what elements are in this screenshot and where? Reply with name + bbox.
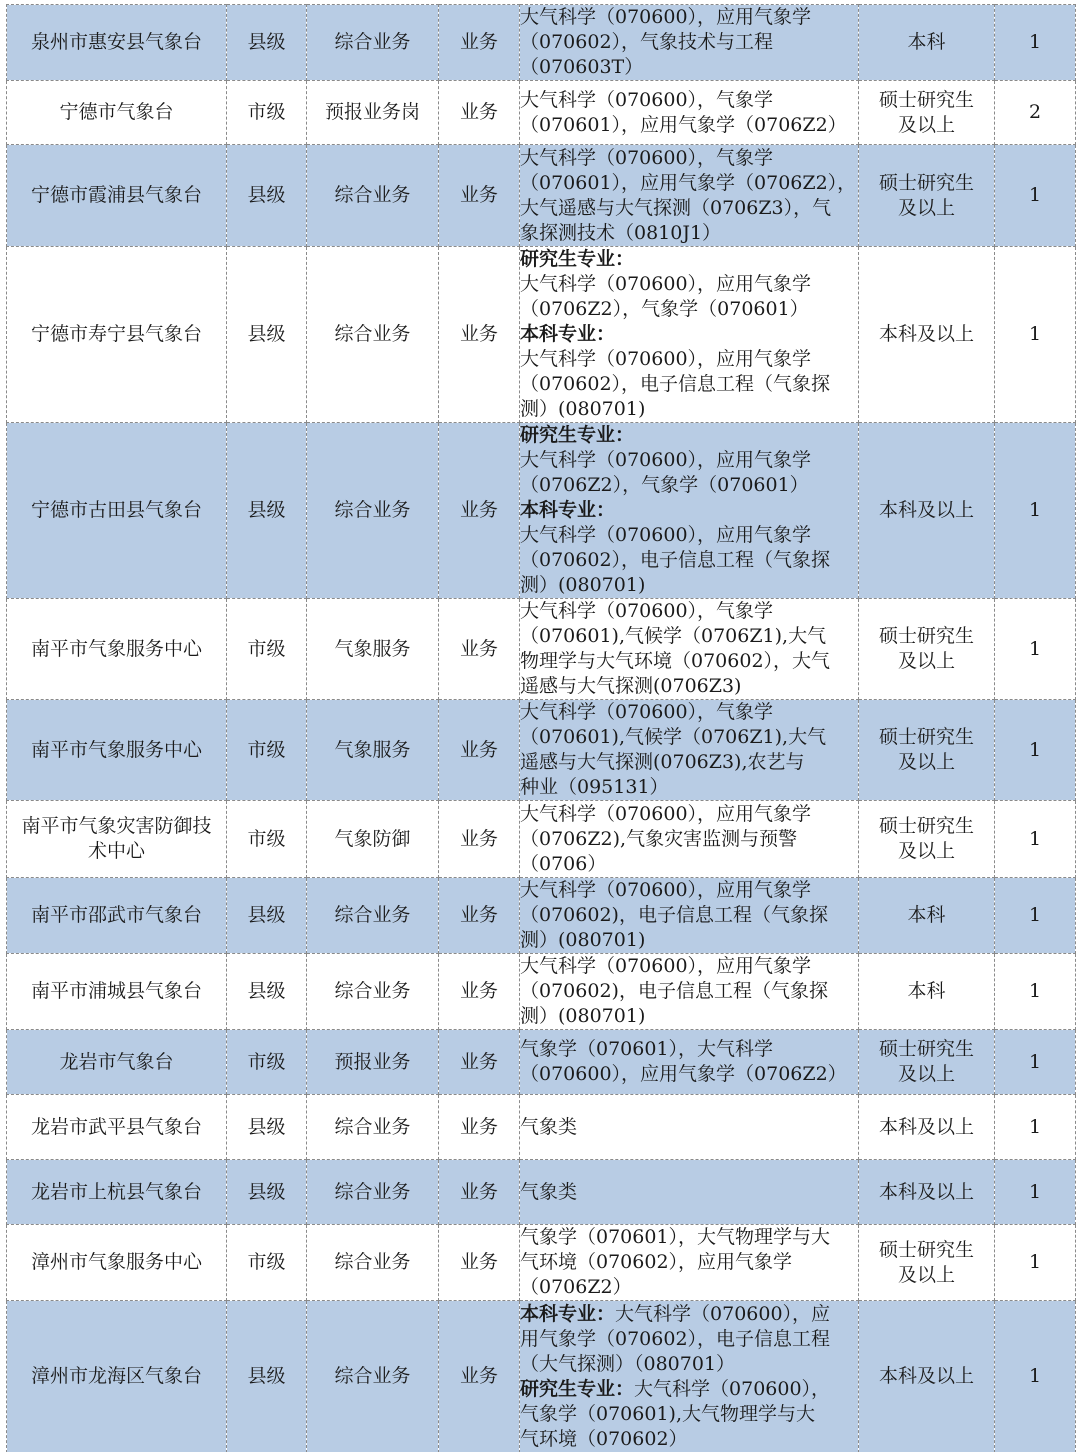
major-line: （0706Z2），气象学（070601） xyxy=(520,297,858,322)
level-cell: 市级 xyxy=(227,599,307,700)
major-line: 大气科学（070600），气象学 xyxy=(520,146,858,171)
major-line: 大气科学（070600），应用气象学 xyxy=(520,802,858,827)
type-cell: 业务 xyxy=(439,954,520,1030)
post-cell: 综合业务 xyxy=(307,247,439,423)
major-text: 测）(080701) xyxy=(520,929,645,951)
major-line: （070601），应用气象学（0706Z2） xyxy=(520,113,858,138)
major-line: 气环境（070602） xyxy=(520,1427,858,1452)
major-line: 测）(080701) xyxy=(520,1004,858,1029)
type-cell: 业务 xyxy=(439,145,520,247)
count-cell: 1 xyxy=(995,423,1076,599)
unit-cell: 龙岩市武平县气象台 xyxy=(7,1095,227,1160)
level-cell: 县级 xyxy=(227,423,307,599)
education-cell: 本科 xyxy=(859,878,995,954)
major-text: （070603T） xyxy=(520,56,643,78)
unit-cell: 漳州市龙海区气象台 xyxy=(7,1301,227,1452)
post-cell: 综合业务 xyxy=(307,1301,439,1452)
level-cell: 市级 xyxy=(227,1225,307,1301)
table-body: 泉州市惠安县气象台县级综合业务业务大气科学（070600），应用气象学（0706… xyxy=(7,5,1076,1452)
major-line: （0706Z2），气象学（070601） xyxy=(520,473,858,498)
major-line: （070601),气候学（0706Z1),大气 xyxy=(520,624,858,649)
major-text: （070601），应用气象学（0706Z2）， xyxy=(520,172,856,194)
major-text: 大气科学（070600），气象学 xyxy=(520,701,773,723)
education-cell: 硕士研究生及以上 xyxy=(859,145,995,247)
major-line: （大气探测）（080701） xyxy=(520,1352,858,1377)
major-line: 气象学（070601），大气物理学与大 xyxy=(520,1225,858,1250)
major-cell: 大气科学（070600），应用气象学（070602)，电子信息工程（气象探测）(… xyxy=(520,954,859,1030)
major-line: 气象类 xyxy=(520,1115,858,1140)
major-line: （070602），电子信息工程（气象探 xyxy=(520,372,858,397)
type-cell: 业务 xyxy=(439,5,520,81)
major-text: 气象类 xyxy=(520,1116,577,1138)
major-cell: 本科专业：大气科学（070600），应用气象学（070602），电子信息工程（大… xyxy=(520,1301,859,1452)
table-row: 龙岩市武平县气象台县级综合业务业务气象类本科及以上1 xyxy=(7,1095,1076,1160)
education-cell: 本科及以上 xyxy=(859,247,995,423)
type-cell: 业务 xyxy=(439,1030,520,1095)
post-cell: 综合业务 xyxy=(307,954,439,1030)
major-line: 测）(080701) xyxy=(520,573,858,598)
count-cell: 1 xyxy=(995,1225,1076,1301)
post-cell: 综合业务 xyxy=(307,1095,439,1160)
type-cell: 业务 xyxy=(439,1301,520,1452)
major-line: （0706） xyxy=(520,852,858,877)
level-cell: 县级 xyxy=(227,247,307,423)
major-line: 物理学与大气环境（070602），大气 xyxy=(520,649,858,674)
major-cell: 大气科学（070600），气象学（070601),气候学（0706Z1),大气遥… xyxy=(520,700,859,801)
major-line: 测）(080701) xyxy=(520,928,858,953)
unit-cell: 南平市浦城县气象台 xyxy=(7,954,227,1030)
major-line: （0706Z2） xyxy=(520,1275,858,1300)
unit-cell: 南平市气象服务中心 xyxy=(7,599,227,700)
post-cell: 综合业务 xyxy=(307,145,439,247)
major-line: （070602），气象技术与工程 xyxy=(520,30,858,55)
unit-cell: 南平市邵武市气象台 xyxy=(7,878,227,954)
major-text: 测）(080701) xyxy=(520,1005,645,1027)
major-cell: 大气科学（070600），气象学（070601),气候学（0706Z1),大气物… xyxy=(520,599,859,700)
count-cell: 1 xyxy=(995,1301,1076,1452)
major-text: 气象学（070601），大气物理学与大 xyxy=(520,1226,830,1248)
major-text: （0706Z2） xyxy=(520,1276,632,1298)
major-text: 测）(080701) xyxy=(520,398,645,420)
major-line: 大气遥感与大气探测（0706Z3），气 xyxy=(520,196,858,221)
major-line: （070601），应用气象学（0706Z2）， xyxy=(520,171,858,196)
count-cell: 1 xyxy=(995,247,1076,423)
post-cell: 综合业务 xyxy=(307,1225,439,1301)
level-cell: 市级 xyxy=(227,801,307,878)
major-text: （070601),气候学（0706Z1),大气 xyxy=(520,726,826,748)
major-line: （070602），电子信息工程（气象探 xyxy=(520,548,858,573)
major-text: （070602），气象技术与工程 xyxy=(520,31,773,53)
post-cell: 预报业务 xyxy=(307,1030,439,1095)
type-cell: 业务 xyxy=(439,1225,520,1301)
count-cell: 2 xyxy=(995,81,1076,145)
unit-cell: 泉州市惠安县气象台 xyxy=(7,5,227,81)
major-line: 遥感与大气探测(0706Z3),农艺与 xyxy=(520,750,858,775)
table-row: 南平市气象灾害防御技术中心市级气象防御业务大气科学（070600），应用气象学（… xyxy=(7,801,1076,878)
major-heading: 研究生专业： xyxy=(520,1378,634,1400)
level-cell: 县级 xyxy=(227,878,307,954)
major-cell: 大气科学（070600），应用气象学（0706Z2),气象灾害监测与预警（070… xyxy=(520,801,859,878)
major-text: 大气科学（070600），气象学 xyxy=(520,600,773,622)
unit-cell: 宁德市霞浦县气象台 xyxy=(7,145,227,247)
major-text: 大气科学（070600），气象学 xyxy=(520,147,773,169)
count-cell: 1 xyxy=(995,5,1076,81)
level-cell: 县级 xyxy=(227,5,307,81)
unit-cell: 南平市气象服务中心 xyxy=(7,700,227,801)
major-text: 大气遥感与大气探测（0706Z3），气 xyxy=(520,197,831,219)
post-cell: 综合业务 xyxy=(307,1160,439,1225)
major-text: 大气科学（070600），应 xyxy=(615,1303,830,1325)
type-cell: 业务 xyxy=(439,247,520,423)
table-row: 宁德市古田县气象台县级综合业务业务研究生专业：大气科学（070600），应用气象… xyxy=(7,423,1076,599)
major-text: 用气象学（070602），电子信息工程 xyxy=(520,1328,830,1350)
major-text: （0706Z2），气象学（070601） xyxy=(520,474,809,496)
level-cell: 县级 xyxy=(227,954,307,1030)
education-cell: 硕士研究生及以上 xyxy=(859,599,995,700)
table-row: 南平市气象服务中心市级气象服务业务大气科学（070600），气象学（070601… xyxy=(7,599,1076,700)
major-text: 大气科学（070600），应用气象学 xyxy=(520,803,811,825)
major-line: 测）(080701) xyxy=(520,397,858,422)
major-text: 大气科学（070600），应用气象学 xyxy=(520,348,811,370)
type-cell: 业务 xyxy=(439,878,520,954)
major-text: （070601),气候学（0706Z1),大气 xyxy=(520,625,826,647)
major-line: （070603T） xyxy=(520,55,858,80)
major-line: （0706Z2),气象灾害监测与预警 xyxy=(520,827,858,852)
type-cell: 业务 xyxy=(439,599,520,700)
major-heading: 研究生专业： xyxy=(520,424,634,446)
major-line: 本科专业： xyxy=(520,322,858,347)
table-row: 南平市气象服务中心市级气象服务业务大气科学（070600），气象学（070601… xyxy=(7,700,1076,801)
table-row: 宁德市霞浦县气象台县级综合业务业务大气科学（070600），气象学（070601… xyxy=(7,145,1076,247)
count-cell: 1 xyxy=(995,954,1076,1030)
major-cell: 大气科学（070600），气象学（070601），应用气象学（0706Z2），大… xyxy=(520,145,859,247)
major-text: 遥感与大气探测(0706Z3),农艺与 xyxy=(520,751,805,773)
major-text: 大气科学（070600），应用气象学 xyxy=(520,273,811,295)
education-cell: 硕士研究生及以上 xyxy=(859,700,995,801)
post-cell: 气象服务 xyxy=(307,700,439,801)
post-cell: 综合业务 xyxy=(307,423,439,599)
type-cell: 业务 xyxy=(439,1095,520,1160)
major-cell: 气象学（070601），大气物理学与大气环境（070602），应用气象学（070… xyxy=(520,1225,859,1301)
count-cell: 1 xyxy=(995,700,1076,801)
level-cell: 县级 xyxy=(227,1301,307,1452)
major-heading: 本科专业： xyxy=(520,323,615,345)
major-cell: 大气科学（070600），应用气象学（070602），气象技术与工程（07060… xyxy=(520,5,859,81)
major-text: （070602)，电子信息工程（气象探 xyxy=(520,980,828,1002)
major-line: 大气科学（070600），应用气象学 xyxy=(520,347,858,372)
education-cell: 硕士研究生及以上 xyxy=(859,81,995,145)
major-line: （070601),气候学（0706Z1),大气 xyxy=(520,725,858,750)
unit-cell: 龙岩市气象台 xyxy=(7,1030,227,1095)
major-line: 大气科学（070600），气象学 xyxy=(520,599,858,624)
major-line: （070602)，电子信息工程（气象探 xyxy=(520,903,858,928)
type-cell: 业务 xyxy=(439,81,520,145)
table-row: 宁德市寿宁县气象台县级综合业务业务研究生专业：大气科学（070600），应用气象… xyxy=(7,247,1076,423)
type-cell: 业务 xyxy=(439,801,520,878)
level-cell: 市级 xyxy=(227,700,307,801)
level-cell: 市级 xyxy=(227,1030,307,1095)
unit-cell: 漳州市气象服务中心 xyxy=(7,1225,227,1301)
major-text: （070601），应用气象学（0706Z2） xyxy=(520,114,847,136)
post-cell: 综合业务 xyxy=(307,5,439,81)
education-cell: 硕士研究生及以上 xyxy=(859,1030,995,1095)
major-line: 大气科学（070600），应用气象学 xyxy=(520,523,858,548)
education-cell: 本科及以上 xyxy=(859,1095,995,1160)
major-cell: 研究生专业：大气科学（070600），应用气象学（0706Z2），气象学（070… xyxy=(520,423,859,599)
count-cell: 1 xyxy=(995,599,1076,700)
post-cell: 气象防御 xyxy=(307,801,439,878)
major-cell: 气象类 xyxy=(520,1095,859,1160)
unit-cell: 宁德市古田县气象台 xyxy=(7,423,227,599)
major-line: 研究生专业： xyxy=(520,423,858,448)
major-text: （0706） xyxy=(520,853,606,875)
count-cell: 1 xyxy=(995,801,1076,878)
major-line: 用气象学（070602），电子信息工程 xyxy=(520,1327,858,1352)
education-cell: 本科及以上 xyxy=(859,1301,995,1452)
major-text: 遥感与大气探测(0706Z3) xyxy=(520,675,741,697)
major-text: 气环境（070602），应用气象学 xyxy=(520,1251,792,1273)
major-text: 大气科学（070600），应用气象学 xyxy=(520,6,811,28)
major-cell: 大气科学（070600），气象学（070601），应用气象学（0706Z2） xyxy=(520,81,859,145)
type-cell: 业务 xyxy=(439,423,520,599)
table-row: 宁德市气象台市级预报业务岗业务大气科学（070600），气象学（070601），… xyxy=(7,81,1076,145)
major-line: 大气科学（070600），气象学 xyxy=(520,88,858,113)
major-text: 气象学（070601），大气科学 xyxy=(520,1038,773,1060)
table-row: 漳州市气象服务中心市级综合业务业务气象学（070601），大气物理学与大气环境（… xyxy=(7,1225,1076,1301)
education-cell: 硕士研究生及以上 xyxy=(859,801,995,878)
major-cell: 研究生专业：大气科学（070600），应用气象学（0706Z2），气象学（070… xyxy=(520,247,859,423)
major-line: 气象类 xyxy=(520,1180,858,1205)
major-text: （0706Z2），气象学（070601） xyxy=(520,298,809,320)
major-line: 研究生专业：大气科学（070600）， xyxy=(520,1377,858,1402)
major-line: 本科专业：大气科学（070600），应 xyxy=(520,1302,858,1327)
major-text: 大气科学（070600），应用气象学 xyxy=(520,524,811,546)
major-text: 气象学（070601),大气物理学与大 xyxy=(520,1403,815,1425)
major-line: 研究生专业： xyxy=(520,247,858,272)
major-line: 气象学（070601），大气科学 xyxy=(520,1037,858,1062)
major-text: 大气科学（070600），应用气象学 xyxy=(520,449,811,471)
major-text: 气象类 xyxy=(520,1181,577,1203)
major-line: 大气科学（070600），应用气象学 xyxy=(520,448,858,473)
education-cell: 本科及以上 xyxy=(859,1160,995,1225)
table-row: 龙岩市上杭县气象台县级综合业务业务气象类本科及以上1 xyxy=(7,1160,1076,1225)
unit-cell: 龙岩市上杭县气象台 xyxy=(7,1160,227,1225)
major-line: （070600），应用气象学（0706Z2） xyxy=(520,1062,858,1087)
major-text: 种业（095131） xyxy=(520,776,669,798)
major-text: （0706Z2),气象灾害监测与预警 xyxy=(520,828,797,850)
major-text: 测）(080701) xyxy=(520,574,645,596)
table-row: 龙岩市气象台市级预报业务业务气象学（070601），大气科学（070600），应… xyxy=(7,1030,1076,1095)
unit-cell: 南平市气象灾害防御技术中心 xyxy=(7,801,227,878)
level-cell: 县级 xyxy=(227,145,307,247)
type-cell: 业务 xyxy=(439,700,520,801)
count-cell: 1 xyxy=(995,1095,1076,1160)
major-line: 遥感与大气探测(0706Z3) xyxy=(520,674,858,699)
major-line: 大气科学（070600），应用气象学 xyxy=(520,954,858,979)
level-cell: 县级 xyxy=(227,1095,307,1160)
major-line: 本科专业： xyxy=(520,498,858,523)
education-cell: 本科 xyxy=(859,954,995,1030)
post-cell: 预报业务岗 xyxy=(307,81,439,145)
major-heading: 本科专业： xyxy=(520,499,615,521)
major-text: 物理学与大气环境（070602），大气 xyxy=(520,650,830,672)
major-text: 大气科学（070600），应用气象学 xyxy=(520,955,811,977)
table-row: 南平市邵武市气象台县级综合业务业务大气科学（070600），应用气象学（0706… xyxy=(7,878,1076,954)
major-line: 大气科学（070600），气象学 xyxy=(520,700,858,725)
major-text: 大气科学（070600）， xyxy=(634,1378,830,1400)
education-cell: 本科及以上 xyxy=(859,423,995,599)
major-text: 大气科学（070600），气象学 xyxy=(520,89,773,111)
major-cell: 气象学（070601），大气科学（070600），应用气象学（0706Z2） xyxy=(520,1030,859,1095)
recruitment-table: 泉州市惠安县气象台县级综合业务业务大气科学（070600），应用气象学（0706… xyxy=(6,4,1076,1452)
major-line: 大气科学（070600），应用气象学 xyxy=(520,272,858,297)
table-row: 南平市浦城县气象台县级综合业务业务大气科学（070600），应用气象学（0706… xyxy=(7,954,1076,1030)
count-cell: 1 xyxy=(995,878,1076,954)
table-row: 泉州市惠安县气象台县级综合业务业务大气科学（070600），应用气象学（0706… xyxy=(7,5,1076,81)
count-cell: 1 xyxy=(995,1160,1076,1225)
major-text: （070602），电子信息工程（气象探 xyxy=(520,373,830,395)
major-text: （大气探测）（080701） xyxy=(520,1353,735,1375)
level-cell: 县级 xyxy=(227,1160,307,1225)
type-cell: 业务 xyxy=(439,1160,520,1225)
education-cell: 硕士研究生及以上 xyxy=(859,1225,995,1301)
level-cell: 市级 xyxy=(227,81,307,145)
major-heading: 本科专业： xyxy=(520,1303,615,1325)
count-cell: 1 xyxy=(995,1030,1076,1095)
major-line: 气环境（070602），应用气象学 xyxy=(520,1250,858,1275)
table-row: 漳州市龙海区气象台县级综合业务业务本科专业：大气科学（070600），应用气象学… xyxy=(7,1301,1076,1452)
unit-cell: 宁德市寿宁县气象台 xyxy=(7,247,227,423)
major-text: （070602），电子信息工程（气象探 xyxy=(520,549,830,571)
major-cell: 大气科学（070600），应用气象学（070602)，电子信息工程（气象探测）(… xyxy=(520,878,859,954)
count-cell: 1 xyxy=(995,145,1076,247)
major-text: （070602)，电子信息工程（气象探 xyxy=(520,904,828,926)
major-text: 大气科学（070600），应用气象学 xyxy=(520,879,811,901)
major-heading: 研究生专业： xyxy=(520,248,634,270)
major-line: （070602)，电子信息工程（气象探 xyxy=(520,979,858,1004)
major-text: （070600），应用气象学（0706Z2） xyxy=(520,1063,847,1085)
major-text: 气环境（070602） xyxy=(520,1428,688,1450)
unit-cell: 宁德市气象台 xyxy=(7,81,227,145)
major-line: 大气科学（070600），应用气象学 xyxy=(520,878,858,903)
education-cell: 本科 xyxy=(859,5,995,81)
major-line: 气象学（070601),大气物理学与大 xyxy=(520,1402,858,1427)
major-line: 种业（095131） xyxy=(520,775,858,800)
major-line: 象探测技术（0810J1） xyxy=(520,221,858,246)
post-cell: 气象服务 xyxy=(307,599,439,700)
major-cell: 气象类 xyxy=(520,1160,859,1225)
major-text: 象探测技术（0810J1） xyxy=(520,222,721,244)
major-line: 大气科学（070600），应用气象学 xyxy=(520,5,858,30)
post-cell: 综合业务 xyxy=(307,878,439,954)
